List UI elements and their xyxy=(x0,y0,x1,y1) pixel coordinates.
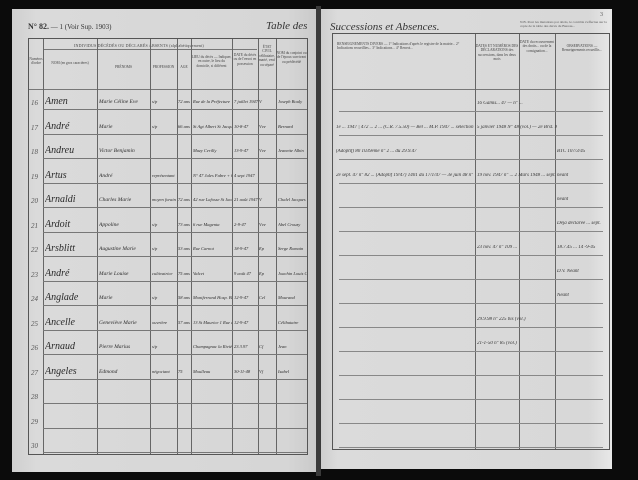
cell-lieu: Valcet xyxy=(193,271,232,276)
col-etat: ÉTAT CIVIL célibataire, marié, veuf ou s… xyxy=(258,45,276,67)
table-row: D.V. Néant xyxy=(333,259,609,284)
row-rule xyxy=(43,256,307,257)
table-row: 23 nov. 47 n° 109 ...18.7.45 ... 14 -9-4… xyxy=(333,235,609,260)
cell-nom: André xyxy=(45,268,97,279)
col-num: Numéros d'ordre xyxy=(29,57,43,66)
row-rule xyxy=(43,207,307,208)
cell-nom: Ardoit xyxy=(45,219,97,230)
cell-prenoms: Geneviève Marie xyxy=(99,320,149,326)
table-row: 19ArtusAndréreprésentantN° 47 Jules Fabr… xyxy=(29,165,307,190)
cell-conjoint: Abel Crouzy xyxy=(278,222,307,227)
cell-prenoms: Charles Marie xyxy=(99,197,149,203)
table-row: 25AncelleGeneviève Marieouvrière57 ans13… xyxy=(29,312,307,337)
cell-age: 72 ans xyxy=(178,197,191,202)
cell-age: 57 ans xyxy=(178,320,191,325)
cell-age: 73 ans xyxy=(178,222,191,227)
cell-num: 24 xyxy=(31,295,43,303)
cell-date: 4 sept 1947 xyxy=(234,173,258,178)
cell-num: 21 xyxy=(31,222,43,230)
row-rule xyxy=(339,303,603,304)
cell-lieu: St Agt Albert St Jacques xyxy=(193,124,232,129)
cell-conjoint: Jean xyxy=(278,344,307,349)
col-declarations: DATES ET NUMÉROS DES DÉCLARATIONS des su… xyxy=(475,44,519,62)
row-rule xyxy=(339,447,603,448)
cell-date: 30-11-48 xyxy=(234,369,258,374)
col-date: DATE du décès ou de l'envoi en possessio… xyxy=(232,53,258,66)
row-rule xyxy=(339,351,603,352)
cell-renseignements: 1e ... 1947 | 472 ... 2 ... (C.R. 7.5.50… xyxy=(336,125,474,130)
cell-conjoint: Chalel Jacques xyxy=(278,197,307,202)
book-spine xyxy=(316,6,321,476)
row-rule xyxy=(43,354,307,355)
cell-num: 30 xyxy=(31,442,43,450)
cell-date: 21 août 1947 xyxy=(234,197,258,202)
cell-profession: s/p xyxy=(152,124,177,129)
table-row: 16 Gamis... 47 — n° ... xyxy=(333,91,609,116)
row-rule xyxy=(339,207,603,208)
cell-observations: D.V. Néant xyxy=(557,269,609,274)
cell-profession: représentant xyxy=(152,173,177,178)
row-rule xyxy=(339,423,603,424)
cell-prenoms: Marie xyxy=(99,295,149,301)
cell-age: 53 ans xyxy=(178,246,191,251)
table-row xyxy=(333,403,609,428)
cell-conjoint: Jeanette Albin xyxy=(278,148,307,153)
cell-num: 27 xyxy=(31,369,43,377)
row-rule xyxy=(339,183,603,184)
cell-age: 66 ans xyxy=(178,124,191,129)
register-sub: — 1 (Voir Sup. 1903) xyxy=(51,23,112,31)
cell-declarations: 21-1-50 n° 85 (vol.) xyxy=(477,341,557,346)
col-conjoint: NOM du conjoint ou de l'époux survivant … xyxy=(276,51,307,64)
cell-prenoms: Victor Benjamin xyxy=(99,148,149,154)
cell-age: 72 ans xyxy=(178,99,191,104)
table-row: Déjà déclarée ... sept. xyxy=(333,211,609,236)
cell-prenoms: Augustine Marie xyxy=(99,246,149,252)
cell-observations: néant xyxy=(557,197,609,202)
cell-nom: Artus xyxy=(45,170,97,181)
cell-declarations: 23 nov. 47 n° 109 ... xyxy=(477,245,557,250)
row-rule xyxy=(339,399,603,400)
cell-prenoms: Edmond xyxy=(99,369,149,375)
row-rule xyxy=(43,281,307,282)
cell-renseignements: (Adoptif) 80 1039ème n° 2 ... du 29.9.47 xyxy=(336,149,474,154)
cell-profession: cultivatrice xyxy=(152,271,177,276)
cell-declarations: 5 janvier 1948 N° 48 (vol.) — 2e Brst. N… xyxy=(477,125,557,130)
cell-nom: Angeles xyxy=(45,366,97,377)
cell-observations: Déjà déclarée ... sept. xyxy=(557,221,609,226)
page-number: 3 xyxy=(600,12,603,18)
cell-num: 16 xyxy=(31,99,43,107)
row-rule xyxy=(339,327,603,328)
cell-date: 18-9-47 xyxy=(234,246,258,251)
cell-prenoms: André xyxy=(99,173,149,179)
cell-profession: moyen forain xyxy=(152,197,177,202)
table-row: 27AngelesEdmondnégociant75Moulleau30-11-… xyxy=(29,361,307,386)
cell-nom: Amen xyxy=(45,96,97,107)
cell-profession: s/p xyxy=(152,246,177,251)
cell-nom: Andreu xyxy=(45,145,97,156)
cell-profession: ouvrière xyxy=(152,320,177,325)
cell-conjoint: Joachin Louis Clément xyxy=(278,271,307,276)
cell-lieu: 13 St Maurice 1 Rue des Bruneaux xyxy=(193,320,232,325)
cell-date: 10-8-47 xyxy=(234,124,258,129)
cell-nom: Arnaldi xyxy=(45,194,97,205)
cell-lieu: Rue de la Préfecture xyxy=(193,99,232,104)
table-row: 24AngladeMaries/p58 ansMontferrand Hosp.… xyxy=(29,287,307,312)
cell-num: 17 xyxy=(31,124,43,132)
cell-declarations: 19 nov. 1947 n° ... 2 Mars 1948 ... sept… xyxy=(477,173,557,178)
table-row: 22ArsblittAugustine Maries/p53 ansRue Ca… xyxy=(29,238,307,263)
cell-num: 29 xyxy=(31,418,43,426)
cell-age: 75 ans xyxy=(178,271,191,276)
row-rule xyxy=(43,305,307,306)
cell-lieu: N° 47 Jules Fabre + Cassard xyxy=(193,173,232,178)
row-rule xyxy=(339,159,603,160)
cell-etat: Cf xyxy=(259,344,276,349)
cell-prenoms: Pierre Marius xyxy=(99,344,149,350)
col-lieu: LIEU du décès — Indiquer, en outre, le l… xyxy=(191,55,232,68)
row-rule xyxy=(43,452,307,453)
cell-profession: s/p xyxy=(152,99,177,104)
row-rule xyxy=(43,330,307,331)
cell-age: 75 xyxy=(178,369,191,374)
row-rule xyxy=(43,232,307,233)
cell-renseignements: 2e sept. 47 n° 82 ... (Adoptif 19/47) 14… xyxy=(336,173,474,178)
row-rule xyxy=(339,111,603,112)
table-row: Néant xyxy=(333,283,609,308)
cell-num: 28 xyxy=(31,393,43,401)
row-rule xyxy=(43,183,307,184)
table-row: 29 xyxy=(29,410,307,435)
cell-prenoms: Marie Louise xyxy=(99,271,149,277)
table-row: (Adoptif) 80 1039ème n° 2 ... du 29.9.47… xyxy=(333,139,609,164)
table-row xyxy=(333,379,609,404)
cell-conjoint: Isabel xyxy=(278,369,307,374)
cell-date: 12-9-47 xyxy=(234,320,258,325)
cell-observations: néant xyxy=(557,173,609,178)
cell-date: 13-9-47 xyxy=(234,148,258,153)
table-row: 26ArnaudPierre Mariuss/pChampagnac la Ri… xyxy=(29,336,307,361)
table-row: 16AmenMarie Céline Eves/p72 ansRue de la… xyxy=(29,91,307,116)
row-rule xyxy=(43,158,307,159)
cell-conjoint: Serge Romain xyxy=(278,246,307,251)
row-rule xyxy=(43,379,307,380)
cell-num: 22 xyxy=(31,246,43,254)
table-row xyxy=(333,427,609,452)
col-renseignements: RENSEIGNEMENTS DIVERS — 1° Indications d… xyxy=(337,42,471,51)
cell-prenoms: Appoline xyxy=(99,222,149,228)
cell-lieu: Champagnac la Rivière Haute xyxy=(193,344,232,349)
cell-etat: Ep xyxy=(259,271,276,276)
cell-lieu: Montferrand Hosp. Bellevue xyxy=(193,295,232,300)
cell-date: 23.3.97 xyxy=(234,344,258,349)
cell-lieu: Mazy Cerilly xyxy=(193,148,232,153)
cell-profession: s/p xyxy=(152,344,177,349)
table-row: 21-1-50 n° 85 (vol.) xyxy=(333,331,609,356)
cell-num: 23 xyxy=(31,271,43,279)
register-label: N° 82. xyxy=(28,22,49,31)
cell-lieu: 6 rue Magenta xyxy=(193,222,232,227)
cell-nom: André xyxy=(45,121,97,132)
table-row: 21ArdoitAppolines/p73 ans6 rue Magenta2-… xyxy=(29,214,307,239)
table-row: néant xyxy=(333,187,609,212)
cell-num: 20 xyxy=(31,197,43,205)
cell-profession: s/p xyxy=(152,222,177,227)
row-rule xyxy=(43,134,307,135)
col-recouvrement: DATE du recouvrement des droits... ou de… xyxy=(519,40,555,53)
cell-declarations: 29.9.98 n° 225 bis (vol.) xyxy=(477,317,557,322)
cell-lieu: Rue Carnot xyxy=(193,246,232,251)
title-left: Table des xyxy=(266,20,307,32)
deceased-table: INDIVIDUS DÉCÉDÉS OU DÉCLARÉS ABSENTS (a… xyxy=(28,38,308,455)
cell-age: 58 ans xyxy=(178,295,191,300)
register-number: N° 82. — 1 (Voir Sup. 1903) xyxy=(28,22,111,31)
cell-conjoint: Mourand xyxy=(278,295,307,300)
cell-profession: négociant xyxy=(152,369,177,374)
table-row: 23AndréMarie Louisecultivatrice75 ansVal… xyxy=(29,263,307,288)
cell-etat: Vve xyxy=(259,124,276,129)
col-prenoms: PRÉNOMS xyxy=(97,65,150,69)
cell-profession: s/p xyxy=(152,295,177,300)
cell-num: 18 xyxy=(31,148,43,156)
cell-num: 26 xyxy=(31,344,43,352)
cell-prenoms: Marie Céline Eve xyxy=(99,99,149,105)
row-rule xyxy=(339,135,603,136)
cell-num: 25 xyxy=(31,320,43,328)
col-nom: NOM (en gros caractères) xyxy=(43,61,97,65)
cell-observations: 18.7.45 ... 14 -9-45 xyxy=(557,245,609,250)
col-profession: PROFESSION xyxy=(150,65,177,69)
cell-date: 2-9-47 xyxy=(234,222,258,227)
cell-lieu: Moulleau xyxy=(193,369,232,374)
table-row: 30 xyxy=(29,434,307,459)
cell-conjoint: Joseph Bouly xyxy=(278,99,307,104)
table-row: 2e sept. 47 n° 82 ... (Adoptif 19/47) 14… xyxy=(333,163,609,188)
col-observations: OBSERVATIONS — Renseignements recueillis… xyxy=(555,44,609,53)
cell-nom: Anglade xyxy=(45,292,97,303)
cell-lieu: 42 rue Lafosse St Jacques xyxy=(193,197,232,202)
row-rule xyxy=(339,255,603,256)
col-age: AGE xyxy=(177,65,191,69)
succession-table: RENSEIGNEMENTS DIVERS — 1° Indications d… xyxy=(332,33,610,450)
cell-conjoint: Bernard xyxy=(278,124,307,129)
cell-observations: Néant xyxy=(557,293,609,298)
group-header: INDIVIDUS DÉCÉDÉS OU DÉCLARÉS ABSENTS (a… xyxy=(74,43,204,48)
row-rule xyxy=(43,403,307,404)
cell-etat: Vve xyxy=(259,222,276,227)
row-rule xyxy=(339,231,603,232)
cell-conjoint: Célibataire xyxy=(278,320,307,325)
table-row: 18AndreuVictor BenjaminMazy Cerilly13-9-… xyxy=(29,140,307,165)
cell-prenoms: Marie xyxy=(99,124,149,130)
cell-date: 9 août 47 xyxy=(234,271,258,276)
table-row: 28 xyxy=(29,385,307,410)
cell-etat: Cel xyxy=(259,295,276,300)
cell-observations: BTC 107/3/45 xyxy=(557,149,609,154)
row-rule xyxy=(43,428,307,429)
cell-etat: Vve xyxy=(259,148,276,153)
cell-nom: Arsblitt xyxy=(45,243,97,254)
row-rule xyxy=(43,109,307,110)
cell-etat: V xyxy=(259,99,276,104)
cell-nom: Ancelle xyxy=(45,317,97,328)
table-row: 29.9.98 n° 225 bis (vol.) xyxy=(333,307,609,332)
cell-date: 12-9-47 xyxy=(234,295,258,300)
table-row: 20ArnaldiCharles Mariemoyen forain72 ans… xyxy=(29,189,307,214)
cell-date: 7 juillet 1947 xyxy=(234,99,258,104)
table-row: 1e ... 1947 | 472 ... 2 ... (C.R. 7.5.50… xyxy=(333,115,609,140)
row-rule xyxy=(339,279,603,280)
row-rule xyxy=(339,375,603,376)
title-right: Successions et Absences. xyxy=(330,21,439,33)
table-row xyxy=(333,355,609,380)
cell-etat: Ep xyxy=(259,246,276,251)
cell-nom: Arnaud xyxy=(45,341,97,352)
cell-declarations: 16 Gamis... 47 — n° ... xyxy=(477,101,557,106)
cell-num: 19 xyxy=(31,173,43,181)
cell-etat: Vf xyxy=(259,369,276,374)
top-note: N.B. Pour les mutations par décès, le co… xyxy=(520,20,610,28)
table-row: 17AndréMaries/p66 ansSt Agt Albert St Ja… xyxy=(29,116,307,141)
cell-etat: V xyxy=(259,197,276,202)
